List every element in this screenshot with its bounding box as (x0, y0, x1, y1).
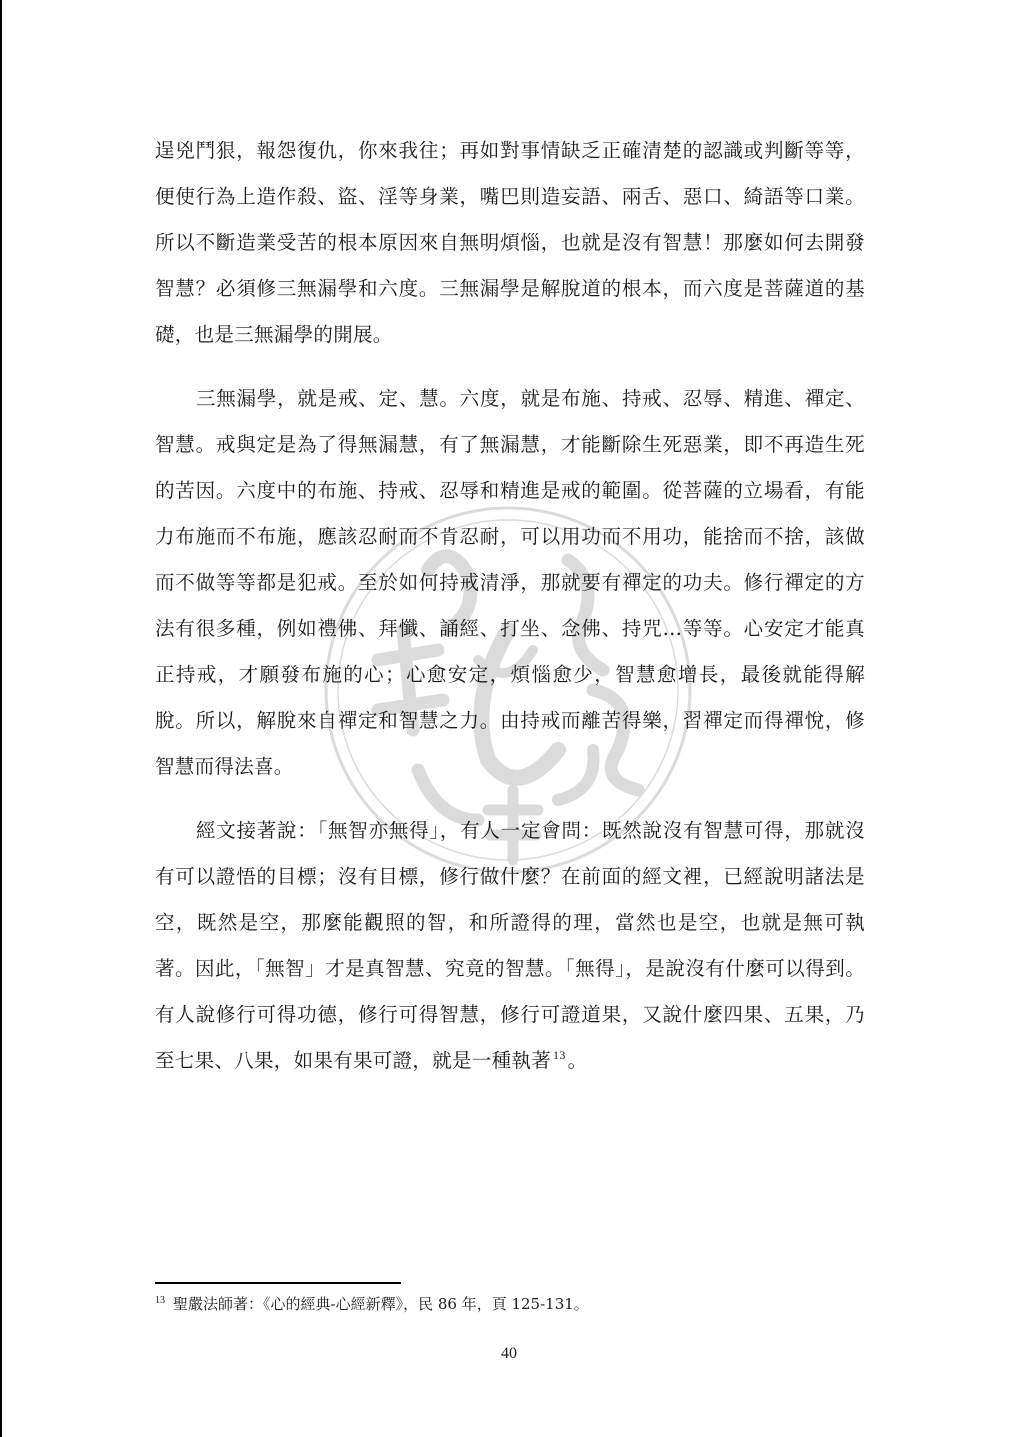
paragraph-text: 三無漏學，就是戒、定、慧。六度，就是布施、持戒、忍辱、精進、禪定、智慧。戒與定是… (155, 387, 865, 778)
paragraph-text: 經文接著說：「無智亦無得」，有人一定會問：既然說沒有智慧可得，那就沒有可以證悟的… (155, 819, 865, 1072)
footnote-text: 聖嚴法師著：《心的經典-心經新釋》，民 86 年，頁 125-131。 (173, 1295, 589, 1313)
footnote: 13聖嚴法師著：《心的經典-心經新釋》，民 86 年，頁 125-131。 (155, 1293, 589, 1315)
paragraph-2: 三無漏學，就是戒、定、慧。六度，就是布施、持戒、忍辱、精進、禪定、智慧。戒與定是… (155, 376, 865, 790)
paragraph-1: 逞兇鬥狠，報怨復仇，你來我往；再如對事情缺乏正確清楚的認識或判斷等等，便使行為上… (155, 128, 865, 358)
paragraph-text: 逞兇鬥狠，報怨復仇，你來我往；再如對事情缺乏正確清楚的認識或判斷等等，便使行為上… (155, 139, 865, 346)
page-number: 40 (0, 1345, 1018, 1363)
paragraph-tail: 。 (568, 1049, 588, 1072)
document-body: 逞兇鬥狠，報怨復仇，你來我往；再如對事情缺乏正確清楚的認識或判斷等等，便使行為上… (155, 128, 865, 1084)
scan-left-edge (0, 0, 2, 1437)
paragraph-3: 經文接著說：「無智亦無得」，有人一定會問：既然說沒有智慧可得，那就沒有可以證悟的… (155, 808, 865, 1084)
footnote-number: 13 (155, 1295, 165, 1306)
footnote-separator (155, 1282, 401, 1284)
footnote-reference[interactable]: 13 (553, 1048, 566, 1062)
